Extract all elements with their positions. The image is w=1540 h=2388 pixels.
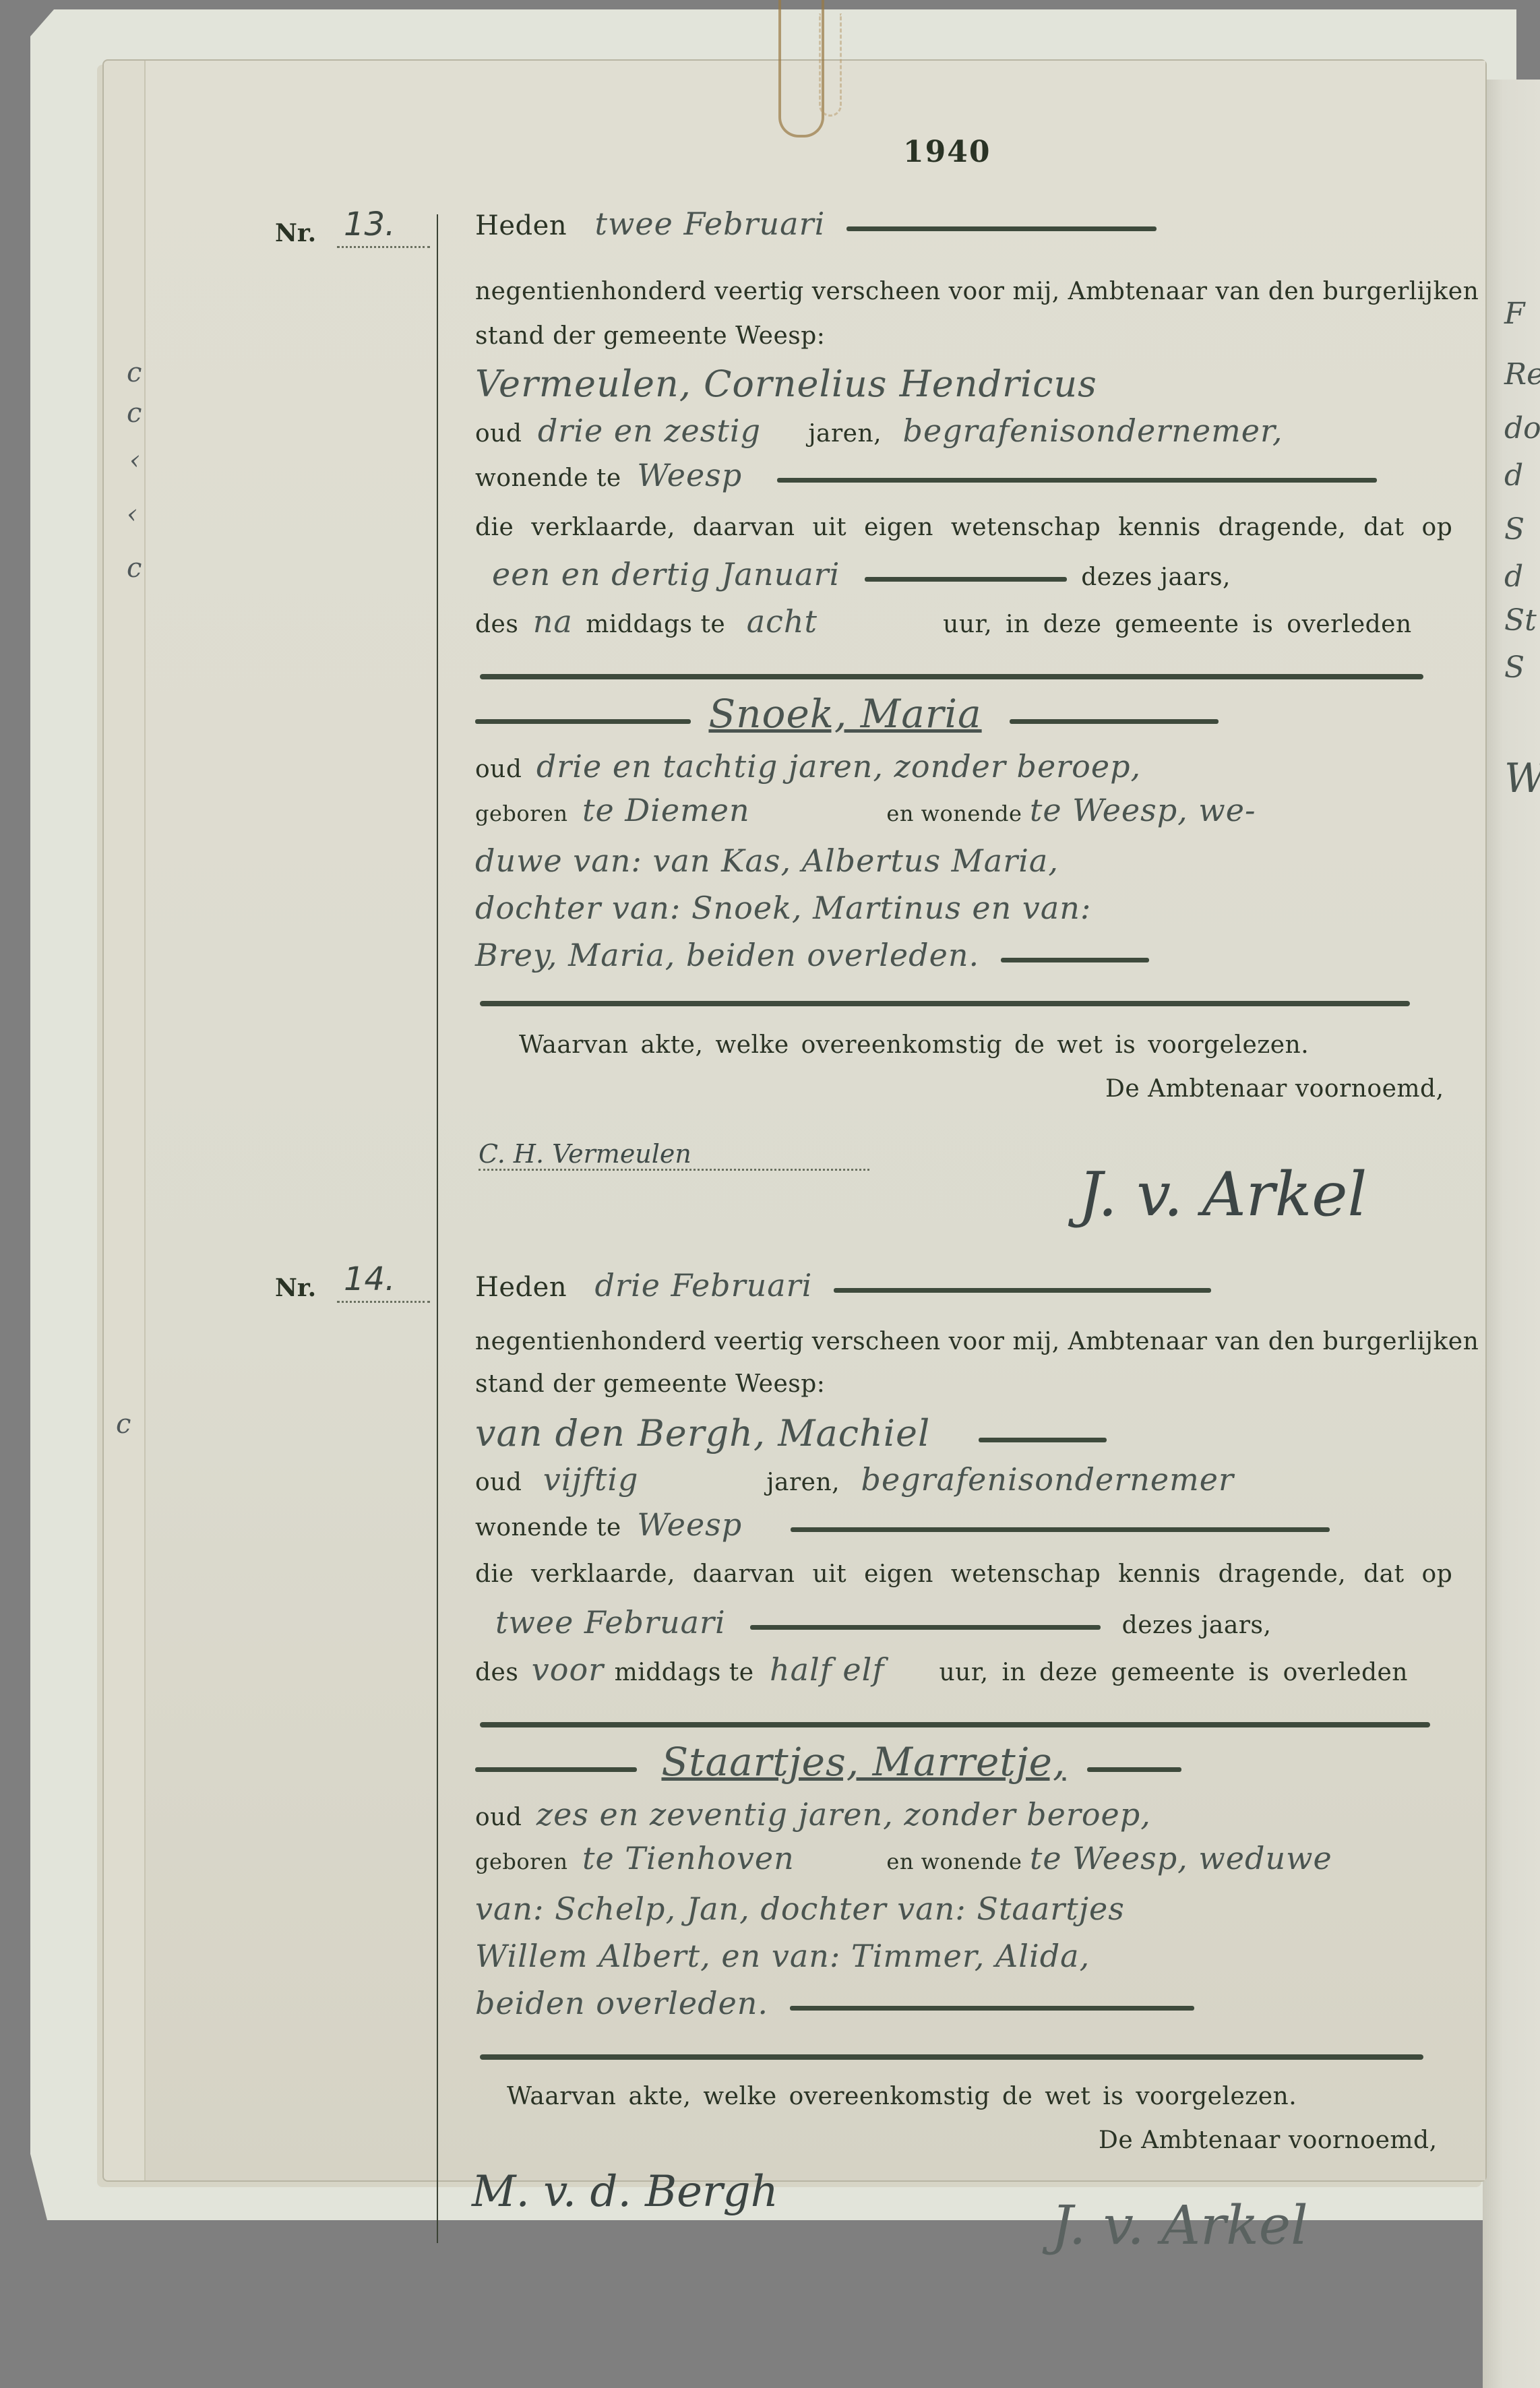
- margin-ink-mark: c: [127, 398, 142, 429]
- declarant-name: van den Bergh, Machiel: [475, 1412, 930, 1455]
- deceased-residence: te Weesp, we-: [1030, 792, 1256, 828]
- margin-ink-mark: ‹: [129, 445, 140, 476]
- declarant-signature: C. H. Vermeulen: [479, 1139, 869, 1171]
- middags-label: middags te: [615, 1659, 754, 1686]
- declarant-occupation: begrafenisondernemer: [861, 1461, 1234, 1498]
- spouse-info: van: Schelp, Jan, dochter van: Staartjes: [475, 1891, 1125, 1927]
- preamble-line-1: negentienhonderd veertig verscheen voor …: [475, 1328, 1452, 1375]
- deceased-residence: te Weesp, weduwe: [1030, 1840, 1332, 1876]
- death-time: acht: [747, 603, 922, 640]
- declarant-age: vijftig: [543, 1461, 745, 1498]
- declaration-line: die verklaarde, daarvan uit eigen wetens…: [475, 1560, 1452, 1608]
- oud-label: oud: [475, 756, 522, 783]
- des-label: des: [475, 1659, 518, 1686]
- heden-label: Heden: [475, 210, 567, 241]
- declarant-residence-line: wonende te Weesp: [475, 1506, 1452, 1554]
- declarant-age-line: oud drie en zestig jaren, begrafenisonde…: [475, 412, 1452, 460]
- declaration-line: die verklaarde, daarvan uit eigen wetens…: [475, 514, 1452, 561]
- declarant-age-line: oud vijftig jaren, begrafenisondernemer: [475, 1461, 1452, 1508]
- uur-label: uur, in deze gemeente is overleden: [943, 611, 1412, 638]
- declaration-text: die verklaarde, daarvan uit eigen wetens…: [475, 514, 1452, 541]
- fill-dash: [480, 674, 1423, 679]
- spouse-info: duwe van: van Kas, Albertus Maria,: [475, 843, 1059, 879]
- father-info: dochter van: Snoek, Martinus en van:: [475, 890, 1091, 926]
- fill-dash: [865, 577, 1067, 582]
- en-wonende-label: en wonende: [886, 1849, 1022, 1874]
- birthplace: te Tienhoven: [582, 1840, 865, 1876]
- death-time: half elf: [770, 1651, 925, 1688]
- wonende-label: wonende te: [475, 464, 621, 492]
- wonende-label: wonende te: [475, 1514, 621, 1541]
- margin-ink-mark: ‹: [127, 499, 137, 530]
- fill-dash: [777, 478, 1377, 483]
- declarant-residence: Weesp: [637, 1506, 742, 1543]
- record-number-label: Nr.: [275, 1274, 316, 1302]
- right-page-fragment: S: [1504, 512, 1524, 547]
- fill-dash: [1010, 719, 1219, 724]
- column-divider: [437, 214, 438, 2243]
- official-label: De Ambtenaar voornoemd,: [1105, 1075, 1444, 1103]
- register-year: 1940: [903, 135, 991, 169]
- closing-line: Waarvan akte, welke overeenkomstig de we…: [507, 2083, 1484, 2130]
- dezes-jaars-label: dezes jaars,: [1081, 563, 1231, 591]
- death-date: twee Februari: [495, 1604, 726, 1641]
- geboren-label: geboren: [475, 801, 568, 826]
- margin-ink-mark: c: [116, 1409, 131, 1440]
- closing-line: Waarvan akte, welke overeenkomstig de we…: [519, 1031, 1496, 1078]
- birthplace: te Diemen: [582, 792, 865, 828]
- declarant-occupation: begrafenisondernemer,: [903, 412, 1283, 449]
- am-pm: na: [533, 603, 573, 640]
- closing-text: Waarvan akte, welke overeenkomstig de we…: [507, 2083, 1297, 2110]
- declarant-name-line: Vermeulen, Cornelius Hendricus: [475, 363, 1452, 410]
- oud-label: oud: [475, 1469, 522, 1496]
- fill-dash: [1087, 1767, 1181, 1772]
- declarant-name-line: van den Bergh, Machiel: [475, 1412, 1452, 1459]
- fill-dash: [480, 1001, 1410, 1006]
- margin-ink-mark: c: [127, 357, 142, 388]
- fill-dash: [979, 1438, 1107, 1442]
- deceased-age-occupation: zes en zeventig jaren, zonder beroep,: [536, 1796, 1151, 1833]
- death-date-line: twee Februari dezes jaars,: [475, 1604, 1452, 1651]
- official-signature: J. v. Arkel: [1078, 1159, 1367, 1230]
- deceased-age-line: oud zes en zeventig jaren, zonder beroep…: [475, 1796, 1452, 1843]
- record-number-value: 13.: [344, 206, 395, 243]
- family-line-1: duwe van: van Kas, Albertus Maria,: [475, 843, 1452, 890]
- family-line-3: Brey, Maria, beiden overleden.: [475, 937, 1452, 984]
- death-time-line: des na middags te acht uur, in deze geme…: [475, 603, 1452, 650]
- official-label: De Ambtenaar voornoemd,: [1099, 2126, 1438, 2154]
- deceased-name-line: Staartjes, Marretje,: [475, 1739, 1452, 1786]
- fill-dash: [1001, 958, 1149, 962]
- preamble-text: stand der gemeente Weesp:: [475, 1370, 825, 1398]
- preamble-text: negentienhonderd veertig verscheen voor …: [475, 1328, 1479, 1355]
- margin-ink-mark: c: [127, 553, 142, 584]
- uur-label: uur, in deze gemeente is overleden: [939, 1659, 1408, 1686]
- right-page-fragment: Re: [1504, 357, 1540, 392]
- deceased-name: Snoek, Maria: [708, 691, 981, 737]
- record-number-label: Nr.: [275, 219, 316, 247]
- father-info: Willem Albert, en van: Timmer, Alida,: [475, 1938, 1090, 1974]
- declarant-name: Vermeulen, Cornelius Hendricus: [475, 363, 1097, 405]
- official-label-line: De Ambtenaar voornoemd,: [1099, 2126, 1449, 2174]
- preamble-text: stand der gemeente Weesp:: [475, 322, 825, 350]
- am-pm: voor: [532, 1651, 604, 1688]
- declarant-residence: Weesp: [637, 457, 742, 493]
- right-page-fragment: W: [1504, 755, 1540, 802]
- fill-dash: [834, 1288, 1211, 1293]
- en-wonende-label: en wonende: [886, 801, 1022, 826]
- preamble-text: negentienhonderd veertig verscheen voor …: [475, 278, 1479, 305]
- declarant-residence-line: wonende te Weesp: [475, 457, 1452, 504]
- deceased-name: Staartjes, Marretje,: [661, 1739, 1066, 1785]
- record-number-field: [337, 246, 430, 248]
- family-line-3: beiden overleden.: [475, 1985, 1452, 2032]
- declaration-text: die verklaarde, daarvan uit eigen wetens…: [475, 1560, 1452, 1588]
- right-page-fragment: St: [1504, 603, 1537, 638]
- jaren-label: jaren,: [766, 1469, 840, 1496]
- family-line-2: dochter van: Snoek, Martinus en van:: [475, 890, 1452, 937]
- staple-rust-mark-faint: [819, 13, 842, 117]
- fill-dash: [791, 1527, 1330, 1532]
- deceased-birthplace-line: geboren te Diemen en wonende te Weesp, w…: [475, 792, 1452, 839]
- staple-rust-mark: [778, 0, 824, 137]
- right-page-fragment: d: [1504, 458, 1523, 493]
- official-signature: J. v. Arkel: [1051, 2194, 1308, 2257]
- heden-line: Heden twee Februari: [475, 206, 1452, 253]
- deceased-name-line: Snoek, Maria: [475, 691, 1452, 738]
- deceased-age-line: oud drie en tachtig jaren, zonder beroep…: [475, 748, 1452, 795]
- death-date: een en dertig Januari: [492, 556, 840, 592]
- fill-dash: [480, 2054, 1423, 2060]
- dezes-jaars-label: dezes jaars,: [1122, 1612, 1272, 1639]
- heden-line: Heden drie Februari: [475, 1267, 1452, 1314]
- middags-label: middags te: [586, 611, 725, 638]
- fill-dash: [480, 1722, 1430, 1727]
- right-page-fragment: F: [1504, 297, 1525, 331]
- registration-date: twee Februari: [595, 206, 826, 242]
- heden-label: Heden: [475, 1272, 567, 1303]
- geboren-label: geboren: [475, 1849, 568, 1874]
- registration-date: drie Februari: [595, 1267, 813, 1304]
- mother-info: beiden overleden.: [475, 1985, 768, 2021]
- right-page-fragment: do: [1504, 411, 1540, 446]
- fill-dash: [475, 1767, 637, 1772]
- preamble-line-1: negentienhonderd veertig verscheen voor …: [475, 278, 1452, 325]
- des-label: des: [475, 611, 518, 638]
- fill-dash: [750, 1625, 1101, 1630]
- jaren-label: jaren,: [808, 420, 882, 448]
- right-page-fragment: S: [1504, 650, 1524, 685]
- family-line-2: Willem Albert, en van: Timmer, Alida,: [475, 1938, 1452, 1985]
- preamble-line-2: stand der gemeente Weesp:: [475, 1370, 1452, 1417]
- fill-dash: [790, 2006, 1194, 2011]
- right-page-fragment: d: [1504, 559, 1523, 594]
- closing-text: Waarvan akte, welke overeenkomstig de we…: [519, 1031, 1309, 1059]
- family-line-1: van: Schelp, Jan, dochter van: Staartjes: [475, 1891, 1452, 1938]
- declarant-age: drie en zestig: [538, 412, 780, 449]
- official-label-line: De Ambtenaar voornoemd,: [1105, 1075, 1442, 1122]
- death-date-line: een en dertig Januari dezes jaars,: [475, 556, 1452, 603]
- deceased-age-occupation: drie en tachtig jaren, zonder beroep,: [536, 748, 1141, 785]
- deceased-birthplace-line: geboren te Tienhoven en wonende te Weesp…: [475, 1840, 1452, 1887]
- oud-label: oud: [475, 1804, 522, 1831]
- fill-dash: [475, 719, 691, 724]
- fill-dash: [846, 226, 1157, 231]
- oud-label: oud: [475, 420, 522, 448]
- record-number-field: [337, 1301, 430, 1303]
- death-time-line: des voor middags te half elf uur, in dez…: [475, 1651, 1452, 1698]
- record-number-value: 14.: [344, 1260, 395, 1298]
- declarant-signature: M. v. d. Bergh: [472, 2167, 778, 2217]
- mother-info: Brey, Maria, beiden overleden.: [475, 937, 979, 973]
